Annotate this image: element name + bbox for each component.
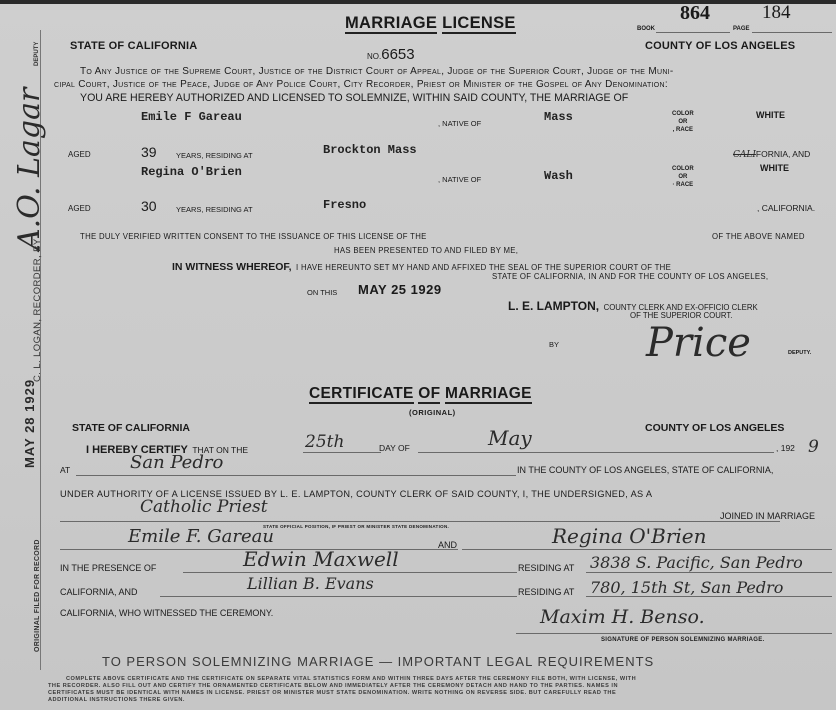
witness-1-address: 3838 S. Pacific, San Pedro	[590, 553, 803, 572]
book-number: 864	[680, 2, 710, 25]
year-prefix: , 192	[776, 443, 795, 453]
license-number: NO.6653	[367, 46, 415, 64]
ceremony-day: 25th	[305, 432, 344, 452]
position-hint: STATE OFFICIAL POSITION, IF PRIEST OR MI…	[263, 524, 449, 529]
filed-date-stamp: MAY 28 1929	[22, 379, 37, 468]
bride-native-of: Wash	[544, 169, 573, 183]
page-label: PAGE	[733, 26, 750, 32]
officiant-label: SIGNATURE OF PERSON SOLEMNIZING MARRIAGE…	[601, 637, 765, 643]
footer-line-2: THE RECORDER. ALSO FILL OUT AND CERTIFY …	[48, 683, 618, 689]
witness1-address-line	[586, 572, 832, 573]
recorder-name: C. L. LOGAN, RECORDER, BY	[32, 238, 43, 382]
groom-native-of: Mass	[544, 110, 573, 124]
witnessed-ceremony-text: CALIFORNIA, WHO WITNESSED THE CEREMONY.	[60, 608, 273, 618]
bride-sign-line	[462, 549, 832, 550]
license-title: MARRIAGE LICENSE	[345, 14, 516, 33]
bride-race: WHITE	[760, 163, 789, 173]
deputy-label: DEPUTY.	[788, 350, 811, 356]
year-digit: 9	[808, 437, 819, 457]
license-county: COUNTY OF LOS ANGELES	[645, 40, 795, 52]
day-line	[303, 452, 381, 453]
bride-age: 30	[141, 198, 157, 214]
officiant-signature: Maxim H. Benso.	[540, 606, 705, 628]
preamble-line-3: YOU ARE HEREBY AUTHORIZED AND LICENSED T…	[80, 92, 628, 104]
preamble-line-1: To Any Justice of the Supreme Court, Jus…	[80, 66, 674, 77]
page-line	[752, 32, 832, 33]
witness-line-2: STATE OF CALIFORNIA, IN AND FOR THE COUN…	[492, 272, 768, 281]
filed-for-record-label: ORIGINAL FILED FOR RECORD	[34, 539, 41, 652]
bride-years-label: YEARS, RESIDING AT	[176, 205, 253, 214]
footer-line-3: CERTIFICATES MUST BE IDENTICAL WITH NAME…	[48, 690, 616, 696]
groom-name: Emile F Gareau	[141, 110, 242, 124]
witness-2-address: 780, 15th St, San Pedro	[590, 578, 783, 597]
witness1-line	[183, 572, 517, 573]
page-number: 184	[762, 2, 791, 24]
book-label: BOOK	[637, 26, 655, 32]
bride-name: Regina O'Brien	[141, 165, 242, 179]
ceremony-month: May	[488, 426, 532, 450]
witness2-line	[160, 596, 517, 597]
month-line	[418, 452, 774, 453]
groom-state-suffix: CALIFORNIA, AND	[733, 149, 810, 160]
and-label: AND	[438, 540, 457, 550]
witness-1-name: Edwin Maxwell	[243, 547, 399, 571]
groom-race: WHITE	[756, 110, 785, 120]
county-state-text: IN THE COUNTY OF LOS ANGELES, STATE OF C…	[517, 465, 773, 475]
bride-color-label: COLOR OR · RACE	[672, 165, 694, 189]
book-line	[656, 32, 730, 33]
consent-line-1-end: OF THE ABOVE NAMED	[712, 232, 805, 241]
footer-line-4: ADDITIONAL INSTRUCTIONS THERE GIVEN.	[48, 697, 185, 703]
footer-heading: TO PERSON SOLEMNIZING MARRIAGE — IMPORTA…	[102, 654, 654, 669]
on-this-label: ON THIS	[307, 288, 337, 297]
bride-state-suffix: , CALIFORNIA.	[757, 203, 815, 213]
deputy-clerk-signature: Price	[646, 320, 751, 366]
groom-native-label: , NATIVE OF	[438, 119, 481, 128]
ceremony-place: San Pedro	[130, 452, 223, 473]
place-line	[76, 475, 516, 476]
certificate-title: CERTIFICATE OF MARRIAGE	[309, 385, 532, 403]
groom-color-label: COLOR OR , RACE	[672, 110, 694, 134]
issue-date: MAY 25 1929	[358, 282, 442, 297]
groom-years-label: YEARS, RESIDING AT	[176, 151, 253, 160]
recorder-deputy-signature: A.O. Lagar	[12, 88, 47, 250]
by-label: BY	[549, 340, 559, 349]
residing-at-label-1: RESIDING AT	[518, 563, 574, 573]
witness-2-name: Lillian B. Evans	[247, 574, 374, 593]
footer-line-1: COMPLETE ABOVE CERTIFICATE AND THE CERTI…	[66, 676, 636, 682]
california-and-label: CALIFORNIA, AND	[60, 587, 138, 597]
top-border	[0, 0, 836, 4]
presence-label: IN THE PRESENCE OF	[60, 563, 156, 573]
groom-age: 39	[141, 144, 157, 160]
groom-aged-label: AGED	[68, 150, 91, 159]
certificate-state: STATE OF CALIFORNIA	[72, 422, 190, 434]
bride-aged-label: AGED	[68, 204, 91, 213]
certificate-county: COUNTY OF LOS ANGELES	[645, 422, 784, 434]
bride-signature: Regina O'Brien	[552, 524, 707, 548]
marriage-license-document: DEPUTY A.O. Lagar C. L. LOGAN, RECORDER,…	[0, 0, 836, 710]
day-of-label: DAY OF	[379, 443, 410, 453]
clerk-title-2: OF THE SUPERIOR COURT.	[630, 311, 732, 320]
residing-at-label-2: RESIDING AT	[518, 587, 574, 597]
consent-line-1: THE DULY VERIFIED WRITTEN CONSENT TO THE…	[80, 232, 427, 241]
groom-residence: Brockton Mass	[323, 143, 417, 157]
bride-residence: Fresno	[323, 198, 366, 212]
officiant-sign-line	[516, 633, 832, 634]
consent-line-2: HAS BEEN PRESENTED TO AND FILED BY ME,	[334, 246, 518, 255]
preamble-line-2: cipal Court, Justice of the Peace, Judge…	[54, 79, 668, 90]
groom-signature: Emile F. Gareau	[128, 526, 274, 547]
certificate-subtitle: (ORIGINAL)	[409, 408, 456, 417]
official-position: Catholic Priest	[140, 497, 268, 517]
position-line	[60, 521, 780, 522]
bride-native-label: , NATIVE OF	[438, 175, 481, 184]
at-label: AT	[60, 465, 70, 475]
joined-in-marriage: JOINED IN MARRIAGE	[720, 511, 815, 521]
margin-deputy-label: DEPUTY	[34, 42, 40, 66]
license-state: STATE OF CALIFORNIA	[70, 40, 197, 52]
